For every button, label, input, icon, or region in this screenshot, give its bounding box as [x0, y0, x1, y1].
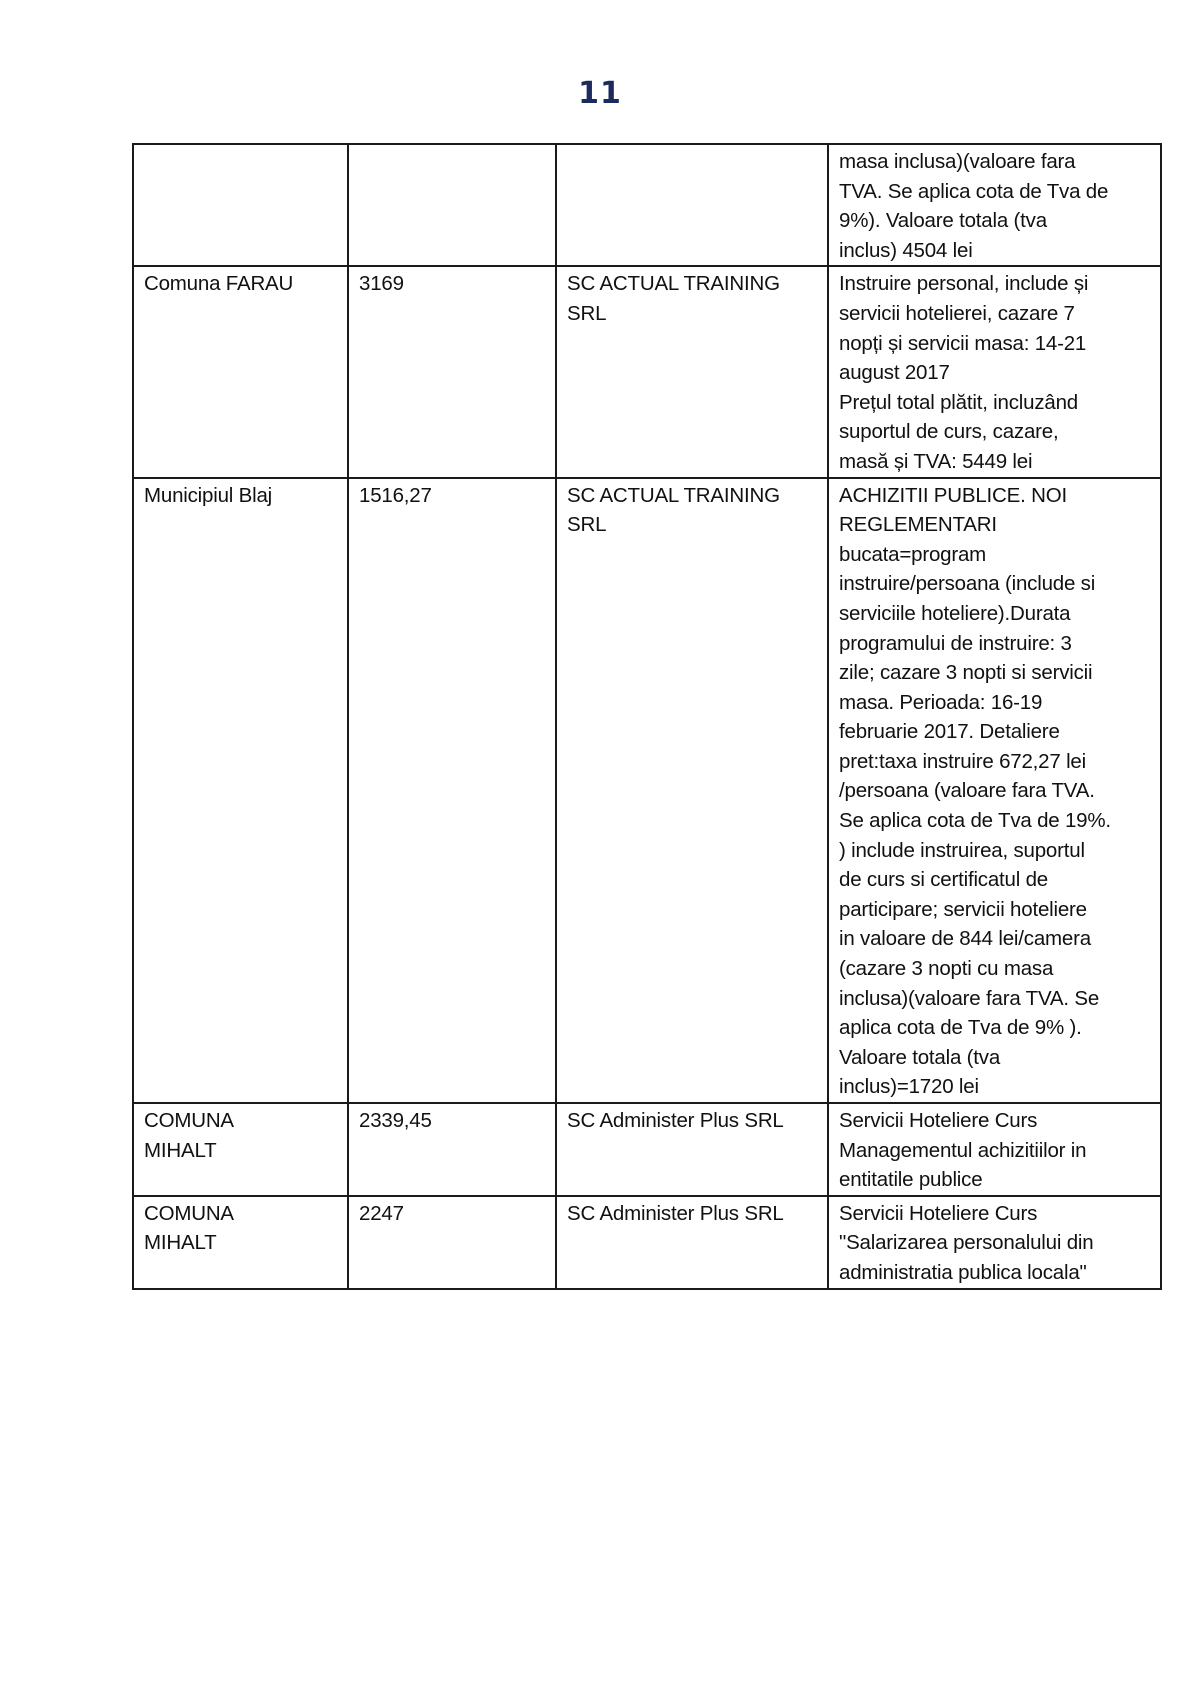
description-cell-line: servicii hotelierei, cazare 7 [839, 299, 1150, 329]
description-cell-line: TVA. Se aplica cota de Tva de [839, 177, 1150, 207]
description-cell-line: Servicii Hoteliere Curs [839, 1106, 1150, 1136]
description-cell-line: Prețul total plătit, incluzând [839, 388, 1150, 418]
description-cell-line: august 2017 [839, 358, 1150, 388]
description-cell-line: masa. Perioada: 16-19 [839, 688, 1150, 718]
description-cell-line: suportul de curs, cazare, [839, 417, 1150, 447]
description-cell-line: masa inclusa)(valoare fara [839, 147, 1150, 177]
supplier-cell: SC Administer Plus SRL [556, 1103, 828, 1196]
beneficiary-cell-line: COMUNA [144, 1106, 337, 1136]
supplier-cell-line: SRL [567, 510, 817, 540]
description-cell-line: 9%). Valoare totala (tva [839, 206, 1150, 236]
amount-cell-text: 2339,45 [359, 1106, 545, 1136]
table-row: COMUNAMIHALT2247SC Administer Plus SRLSe… [133, 1196, 1161, 1289]
description-cell-line: masă și TVA: 5449 lei [839, 447, 1150, 477]
description-cell-line: de curs si certificatul de [839, 865, 1150, 895]
table-row: Municipiul Blaj1516,27SC ACTUAL TRAINING… [133, 478, 1161, 1103]
amount-cell [348, 144, 556, 266]
description-cell-line: aplica cota de Tva de 9% ). [839, 1013, 1150, 1043]
supplier-cell: SC ACTUAL TRAININGSRL [556, 266, 828, 477]
description-cell-line: instruire/persoana (include si [839, 569, 1150, 599]
description-cell-line: pret:taxa instruire 672,27 lei [839, 747, 1150, 777]
description-cell-line: (cazare 3 nopti cu masa [839, 954, 1150, 984]
description-cell-line: zile; cazare 3 nopti si servicii [839, 658, 1150, 688]
table-row: Comuna FARAU3169SC ACTUAL TRAININGSRLIns… [133, 266, 1161, 477]
supplier-cell-line: SC ACTUAL TRAINING [567, 269, 817, 299]
supplier-cell-line: SC Administer Plus SRL [567, 1199, 817, 1229]
description-cell-line: /persoana (valoare fara TVA. [839, 776, 1150, 806]
description-cell-line: Valoare totala (tva [839, 1043, 1150, 1073]
beneficiary-cell-line: MIHALT [144, 1228, 337, 1258]
beneficiary-cell-line: Comuna FARAU [144, 269, 337, 299]
description-cell-line: inclus)=1720 lei [839, 1072, 1150, 1102]
supplier-cell-line: SC Administer Plus SRL [567, 1106, 817, 1136]
procurement-table: masa inclusa)(valoare faraTVA. Se aplica… [132, 143, 1162, 1290]
description-cell-line: "Salarizarea personalului din [839, 1228, 1150, 1258]
description-cell-line: Managementul achizitiilor in [839, 1136, 1150, 1166]
beneficiary-cell [133, 144, 348, 266]
description-cell-line: entitatile publice [839, 1165, 1150, 1195]
amount-cell: 1516,27 [348, 478, 556, 1103]
description-cell-line: serviciile hoteliere).Durata [839, 599, 1150, 629]
description-cell-line: Servicii Hoteliere Curs [839, 1199, 1150, 1229]
supplier-cell: SC ACTUAL TRAININGSRL [556, 478, 828, 1103]
supplier-cell-line: SRL [567, 299, 817, 329]
description-cell-line: ACHIZITII PUBLICE. NOI [839, 481, 1150, 511]
table-row: masa inclusa)(valoare faraTVA. Se aplica… [133, 144, 1161, 266]
description-cell: ACHIZITII PUBLICE. NOIREGLEMENTARIbucata… [828, 478, 1161, 1103]
page-number: 11 [0, 76, 1200, 111]
amount-cell-text: 1516,27 [359, 481, 545, 511]
beneficiary-cell: COMUNAMIHALT [133, 1103, 348, 1196]
amount-cell-text: 2247 [359, 1199, 545, 1229]
supplier-cell [556, 144, 828, 266]
supplier-cell-line: SC ACTUAL TRAINING [567, 481, 817, 511]
beneficiary-cell: COMUNAMIHALT [133, 1196, 348, 1289]
description-cell-line: in valoare de 844 lei/camera [839, 924, 1150, 954]
description-cell-line: ) include instruirea, suportul [839, 836, 1150, 866]
description-cell-line: participare; servicii hoteliere [839, 895, 1150, 925]
description-cell: Servicii Hoteliere Curs"Salarizarea pers… [828, 1196, 1161, 1289]
description-cell-line: programului de instruire: 3 [839, 629, 1150, 659]
description-cell-line: nopți și servicii masa: 14-21 [839, 329, 1150, 359]
amount-cell: 3169 [348, 266, 556, 477]
description-cell-line: inclusa)(valoare fara TVA. Se [839, 984, 1150, 1014]
description-cell-line: Instruire personal, include și [839, 269, 1150, 299]
description-cell-line: bucata=program [839, 540, 1150, 570]
description-cell-line: REGLEMENTARI [839, 510, 1150, 540]
beneficiary-cell: Municipiul Blaj [133, 478, 348, 1103]
description-cell: Servicii Hoteliere CursManagementul achi… [828, 1103, 1161, 1196]
description-cell-line: Se aplica cota de Tva de 19%. [839, 806, 1150, 836]
amount-cell-text: 3169 [359, 269, 545, 299]
amount-cell: 2339,45 [348, 1103, 556, 1196]
beneficiary-cell-line: MIHALT [144, 1136, 337, 1166]
description-cell: Instruire personal, include șiservicii h… [828, 266, 1161, 477]
beneficiary-cell: Comuna FARAU [133, 266, 348, 477]
description-cell: masa inclusa)(valoare faraTVA. Se aplica… [828, 144, 1161, 266]
beneficiary-cell-line: Municipiul Blaj [144, 481, 337, 511]
description-cell-line: administratia publica locala" [839, 1258, 1150, 1288]
description-cell-line: februarie 2017. Detaliere [839, 717, 1150, 747]
amount-cell: 2247 [348, 1196, 556, 1289]
table-body: masa inclusa)(valoare faraTVA. Se aplica… [133, 144, 1161, 1289]
beneficiary-cell-line: COMUNA [144, 1199, 337, 1229]
supplier-cell: SC Administer Plus SRL [556, 1196, 828, 1289]
description-cell-line: inclus) 4504 lei [839, 236, 1150, 266]
table-row: COMUNAMIHALT2339,45SC Administer Plus SR… [133, 1103, 1161, 1196]
